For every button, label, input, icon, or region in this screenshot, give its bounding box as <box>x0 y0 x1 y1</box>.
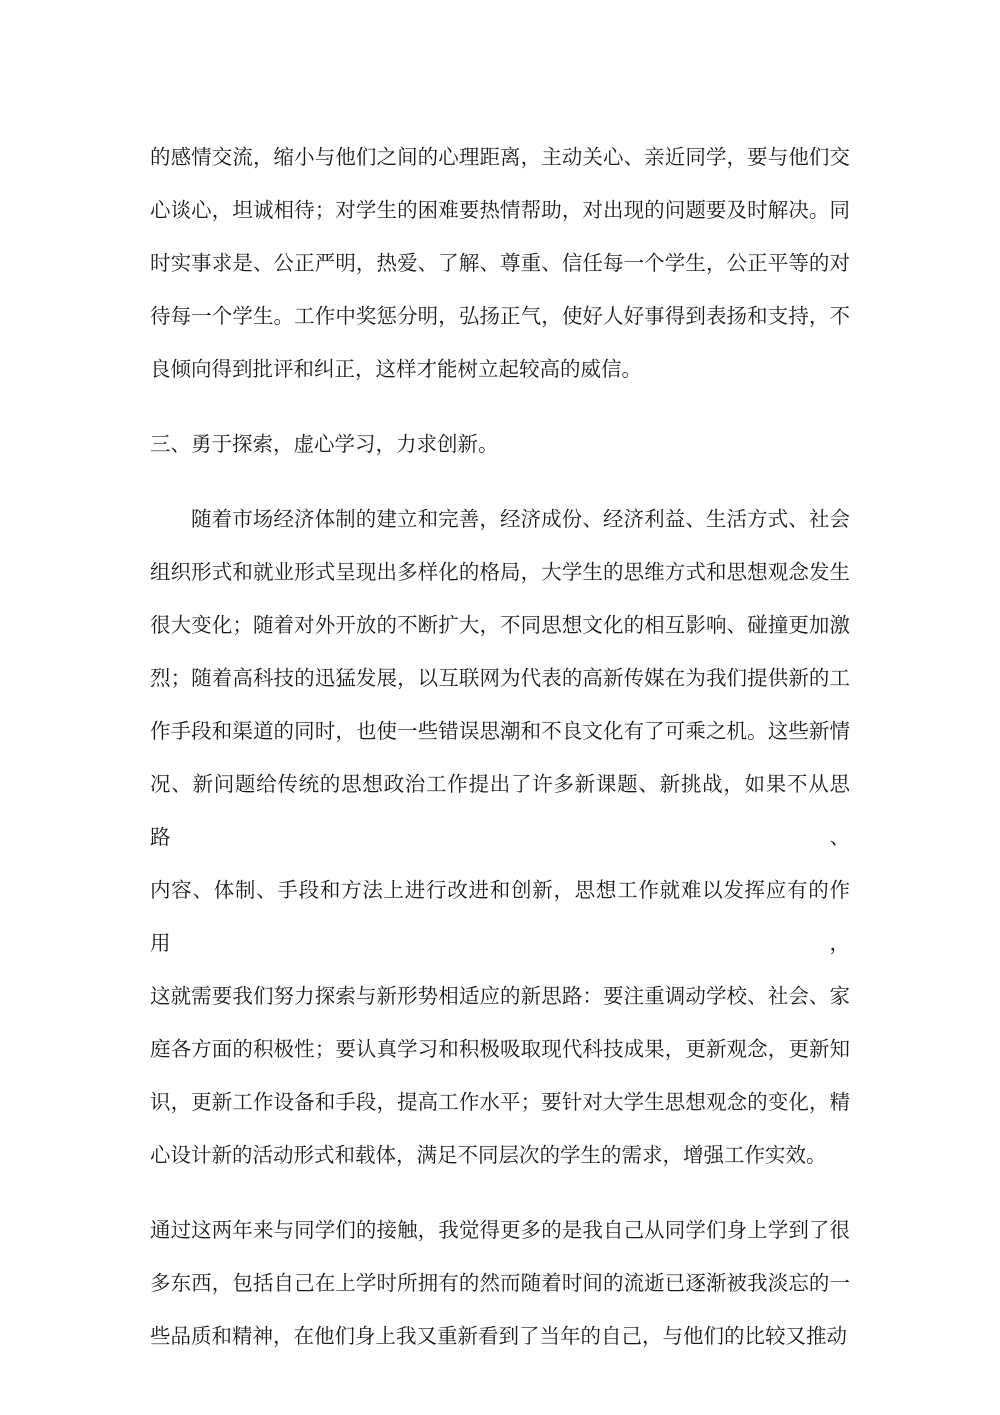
text-line: 识，更新工作设备和手段，提高工作水平；要针对大学生思想观念的变化，精 <box>150 1076 850 1129</box>
text-line: 烈；随着高科技的迅猛发展，以互联网为代表的高新传媒在为我们提供新的工 <box>150 652 850 705</box>
text-line: 的感情交流，缩小与他们之间的心理距离，主动关心、亲近同学，要与他们交 <box>150 131 850 184</box>
document-body: 的感情交流，缩小与他们之间的心理距离，主动关心、亲近同学，要与他们交心谈心，坦诚… <box>150 131 850 1363</box>
text-line: 况、新问题给传统的思想政治工作提出了许多新课题、新挑战，如果不从思路、 <box>150 758 850 864</box>
text-line: 时实事求是、公正严明，热爱、了解、尊重、信任每一个学生，公正平等的对 <box>150 237 850 290</box>
text-line: 心设计新的活动形式和载体，满足不同层次的学生的需求，增强工作实效。 <box>150 1129 850 1182</box>
text-line: 些品质和精神，在他们身上我又重新看到了当年的自己，与他们的比较又推动 <box>150 1310 850 1363</box>
paragraph: 随着市场经济体制的建立和完善，经济成份、经济利益、生活方式、社会组织形式和就业形… <box>150 493 850 1182</box>
text-line: 庭各方面的积极性；要认真学习和积极吸取现代科技成果，更新观念，更新知 <box>150 1023 850 1076</box>
text-line: 通过这两年来与同学们的接触，我觉得更多的是我自己从同学们身上学到了很 <box>150 1204 850 1257</box>
text-line: 良倾向得到批评和纠正，这样才能树立起较高的威信。 <box>150 343 850 396</box>
text-line: 内容、体制、手段和方法上进行改进和创新，思想工作就难以发挥应有的作用， <box>150 864 850 970</box>
paragraph: 的感情交流，缩小与他们之间的心理距离，主动关心、亲近同学，要与他们交心谈心，坦诚… <box>150 131 850 396</box>
text-line: 这就需要我们努力探索与新形势相适应的新思路：要注重调动学校、社会、家 <box>150 970 850 1023</box>
document-page: 的感情交流，缩小与他们之间的心理距离，主动关心、亲近同学，要与他们交心谈心，坦诚… <box>0 0 1000 1415</box>
text-line: 多东西，包括自己在上学时所拥有的然而随着时间的流逝已逐渐被我淡忘的一 <box>150 1257 850 1310</box>
heading-line: 三、勇于探索，虚心学习，力求创新。 <box>150 418 850 471</box>
text-line: 待每一个学生。工作中奖惩分明，弘扬正气，使好人好事得到表扬和支持，不 <box>150 290 850 343</box>
text-line: 组织形式和就业形式呈现出多样化的格局，大学生的思维方式和思想观念发生 <box>150 546 850 599</box>
section-heading: 三、勇于探索，虚心学习，力求创新。 <box>150 418 850 471</box>
text-line: 随着市场经济体制的建立和完善，经济成份、经济利益、生活方式、社会 <box>150 493 850 546</box>
text-line: 很大变化；随着对外开放的不断扩大，不同思想文化的相互影响、碰撞更加激 <box>150 599 850 652</box>
paragraph: 通过这两年来与同学们的接触，我觉得更多的是我自己从同学们身上学到了很多东西，包括… <box>150 1204 850 1363</box>
text-line: 心谈心，坦诚相待；对学生的困难要热情帮助，对出现的问题要及时解决。同 <box>150 184 850 237</box>
text-line: 作手段和渠道的同时，也使一些错误思潮和不良文化有了可乘之机。这些新情 <box>150 705 850 758</box>
